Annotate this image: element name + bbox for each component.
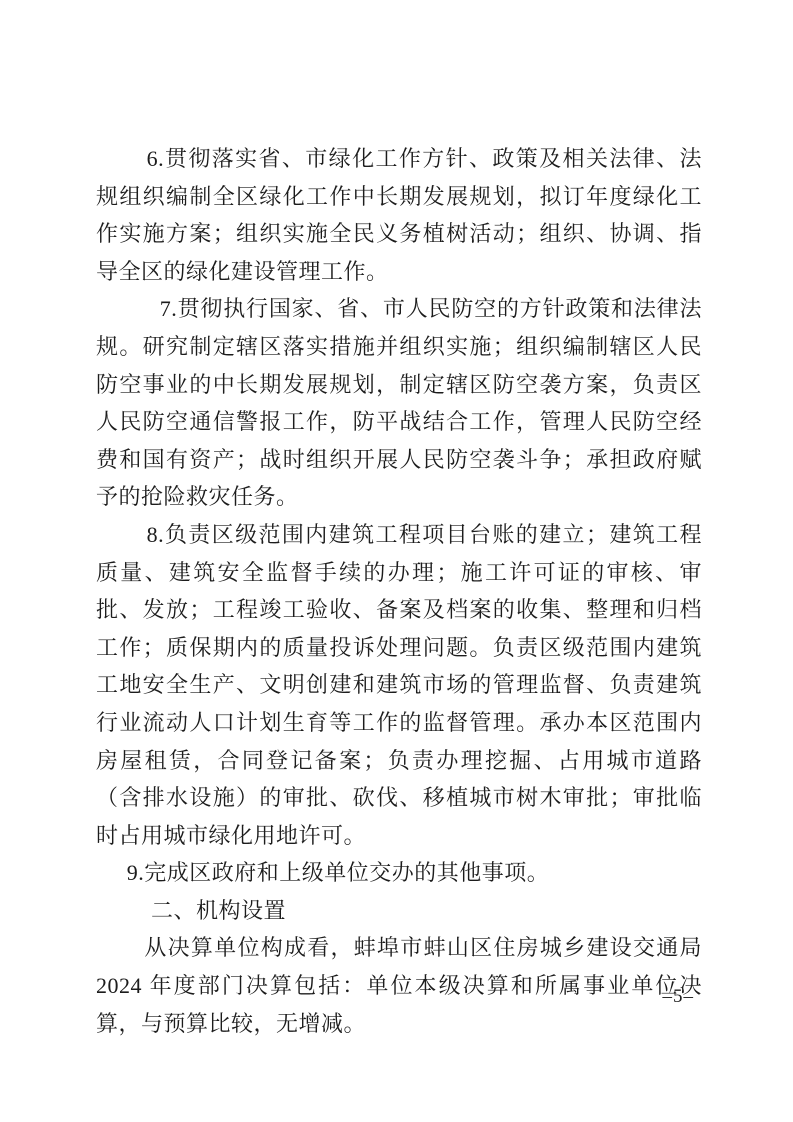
page-number: –5– xyxy=(663,986,695,1008)
section-heading-org-setup: 二、机构设置 xyxy=(96,892,702,930)
paragraph-clause-7: 7.贯彻执行国家、省、市人民防空的方针政策和法律法规。研究制定辖区落实措施并组织… xyxy=(96,290,702,516)
paragraph-clause-8: 8.负责区级范围内建筑工程项目台账的建立；建筑工程质量、建筑安全监督手续的办理；… xyxy=(96,516,702,854)
paragraph-clause-6: 6.贯彻落实省、市绿化工作方针、政策及相关法律、法规组织编制全区绿化工作中长期发… xyxy=(96,140,702,290)
paragraph-clause-9: 9.完成区政府和上级单位交办的其他事项。 xyxy=(96,854,702,892)
document-page: 6.贯彻落实省、市绿化工作方针、政策及相关法律、法规组织编制全区绿化工作中长期发… xyxy=(0,0,793,1122)
document-body: 6.贯彻落实省、市绿化工作方针、政策及相关法律、法规组织编制全区绿化工作中长期发… xyxy=(96,140,702,1042)
paragraph-org-composition: 从决算单位构成看，蚌埠市蚌山区住房城乡建设交通局 2024 年度部门决算包括：单… xyxy=(96,929,702,1042)
